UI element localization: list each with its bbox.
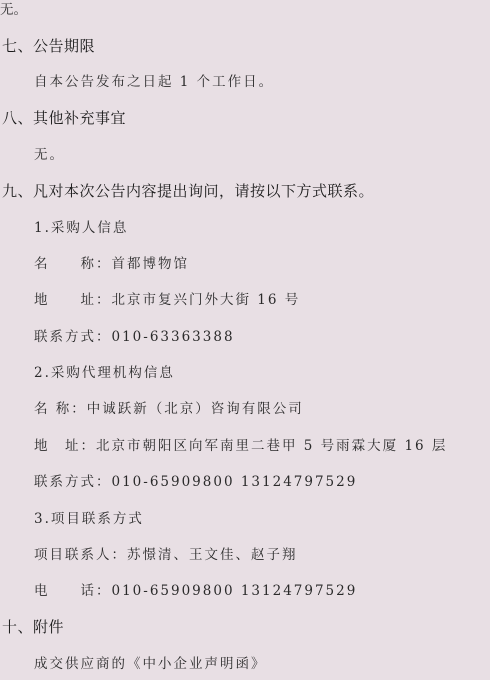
agency-phone-label: 联系方式： [34,472,112,492]
agency-phone-row: 联系方式：010-65909800 13124797529 [34,472,357,492]
buyer-phone-label: 联系方式： [34,327,112,347]
buyer-name-value: 首都博物馆 [112,256,190,272]
buyer-address-row: 地 址：北京市复兴门外大街 16 号 [34,290,300,310]
agency-address-row: 地 址：北京市朝阳区向军南里二巷甲 5 号雨霖大厦 16 层 [34,436,447,456]
previous-section-text: 无。 [0,0,27,20]
section-8-text: 无。 [34,145,65,165]
project-contact-row: 项目联系人：苏憬清、王文佳、赵子翔 [34,545,298,565]
agency-address-value: 北京市朝阳区向军南里二巷甲 5 号雨霖大厦 16 层 [96,438,447,454]
section-7-heading: 七、公告期限 [2,36,95,56]
section-10-heading: 十、附件 [2,617,64,637]
project-contact-label: 项目联系人： [34,545,127,565]
buyer-info-header: 1.采购人信息 [34,218,128,238]
section-7-text: 自本公告发布之日起 1 个工作日。 [34,72,274,92]
attachment-link[interactable]: 成交供应商的《中小企业声明函》 [34,654,267,674]
buyer-phone-value: 010-63363388 [112,329,235,345]
project-phone-value: 010-65909800 13124797529 [112,583,358,599]
project-phone-label: 电 话： [34,581,112,601]
buyer-address-label: 地 址： [34,290,112,310]
agency-name-row: 名 称：中诚跃新（北京）咨询有限公司 [34,399,304,419]
agency-name-label: 名 称： [34,399,87,419]
buyer-address-value: 北京市复兴门外大街 16 号 [112,292,301,308]
agency-address-label: 地 址： [34,436,96,456]
agency-info-header: 2.采购代理机构信息 [34,363,175,383]
project-contact-value: 苏憬清、王文佳、赵子翔 [127,547,298,563]
section-9-heading: 九、凡对本次公告内容提出询问，请按以下方式联系。 [2,181,374,201]
section-8-heading: 八、其他补充事宜 [2,108,126,128]
project-contact-header: 3.项目联系方式 [34,509,144,529]
buyer-name-label: 名 称： [34,254,112,274]
buyer-name-row: 名 称：首都博物馆 [34,254,189,274]
project-phone-row: 电 话：010-65909800 13124797529 [34,581,357,601]
agency-name-value: 中诚跃新（北京）咨询有限公司 [87,401,304,417]
buyer-phone-row: 联系方式：010-63363388 [34,327,235,347]
agency-phone-value: 010-65909800 13124797529 [112,474,358,490]
announcement-document: 无。 七、公告期限 自本公告发布之日起 1 个工作日。 八、其他补充事宜 无。 … [0,0,490,680]
